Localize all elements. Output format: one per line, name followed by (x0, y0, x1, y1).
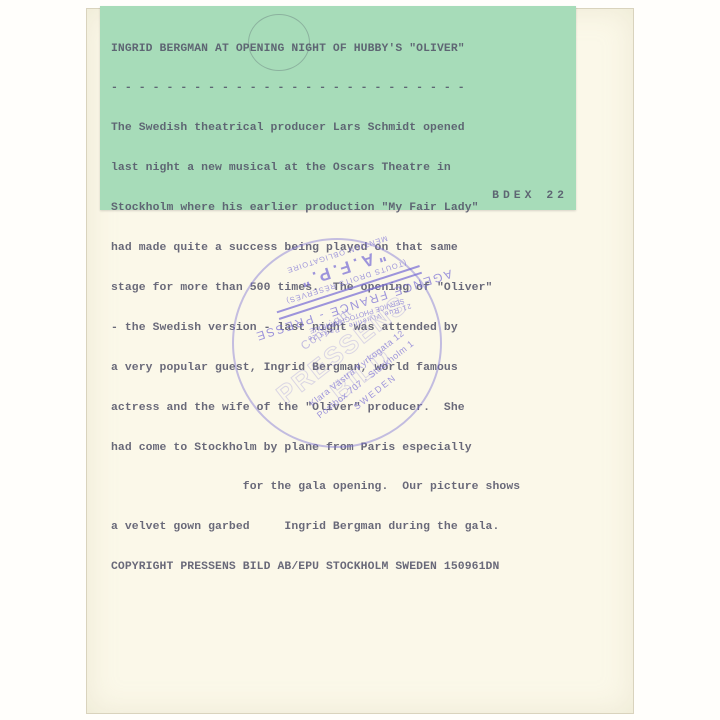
caption-code: BDEX 22 (492, 190, 568, 202)
caption-line: a velvet gown garbed Ingrid Bergman duri… (111, 521, 571, 534)
caption-clipping: INGRID BERGMAN AT OPENING NIGHT OF HUBBY… (100, 6, 576, 210)
caption-line: last night a new musical at the Oscars T… (111, 162, 571, 175)
caption-line: The Swedish theatrical producer Lars Sch… (111, 122, 571, 135)
caption-title: INGRID BERGMAN AT OPENING NIGHT OF HUBBY… (111, 43, 571, 56)
caption-divider: - - - - - - - - - - - - - - - - - - - - … (111, 82, 571, 95)
caption-line: for the gala opening. Our picture shows (111, 481, 571, 494)
caption-line: COPYRIGHT PRESSENS BILD AB/EPU STOCKHOLM… (111, 561, 571, 574)
